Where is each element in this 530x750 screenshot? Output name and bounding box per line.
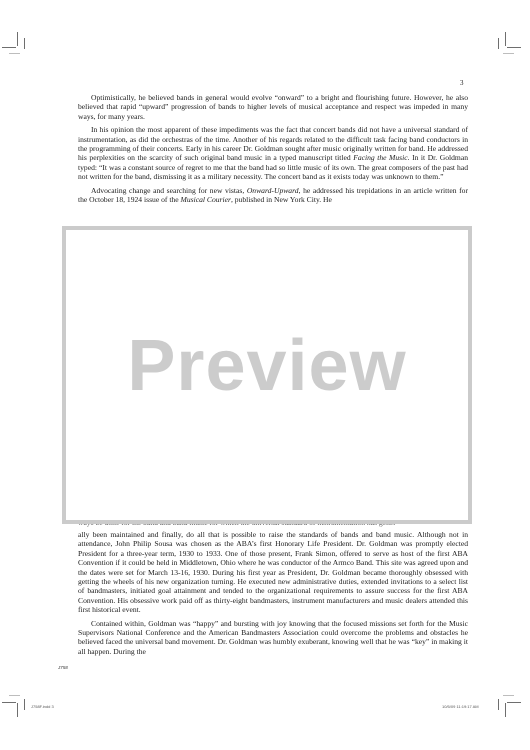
onward-upward-title: Onward-Upward xyxy=(247,186,299,195)
crop-mark-bottom-left-h xyxy=(2,702,16,703)
crop-mark-bottom-right-v2 xyxy=(498,699,499,710)
crop-mark-top-right-v2 xyxy=(498,38,499,49)
crop-mark-bottom-right-h xyxy=(507,702,521,703)
slug-file-name: J758F.indd 3 xyxy=(31,704,54,709)
footer-catalog-code: J758 xyxy=(58,665,68,670)
crop-mark-bottom-left-v xyxy=(17,703,18,717)
crop-mark-top-left-h2 xyxy=(9,53,20,54)
paragraph-3-text: Advocating change and searching for new … xyxy=(91,186,244,195)
preview-watermark-label: Preview xyxy=(66,325,468,407)
body-text: Optimistically, he believed bands in gen… xyxy=(78,93,468,208)
crop-mark-bottom-right-h2 xyxy=(503,695,514,696)
crop-mark-bottom-right-v xyxy=(505,703,506,717)
crop-mark-top-right-h2 xyxy=(503,53,514,54)
musical-courier-title: Musical Courier xyxy=(181,195,231,204)
lower-body-text: ways be done for the band and band music… xyxy=(78,522,468,660)
preview-watermark-box: Preview xyxy=(62,226,472,524)
paragraph-2: In his opinion the most apparent of thes… xyxy=(78,125,468,181)
crop-mark-bottom-left-v2 xyxy=(24,699,25,710)
paragraph-1: Optimistically, he believed bands in gen… xyxy=(78,93,468,121)
crop-mark-top-right-v xyxy=(505,32,506,46)
slug-timestamp: 10/5/09 11:19:17 AM xyxy=(442,704,479,709)
page-number: 3 xyxy=(460,79,464,87)
paragraph-3-text-3: , published in New York City. He xyxy=(231,195,332,204)
paragraph-3: Advocating change and searching for new … xyxy=(78,186,468,205)
crop-mark-bottom-left-h2 xyxy=(9,695,20,696)
crop-mark-top-left-v xyxy=(17,32,18,46)
manuscript-title: Facing the Music xyxy=(353,153,407,162)
crop-mark-top-left-v2 xyxy=(24,38,25,49)
paragraph-4: ally been maintained and finally, do all… xyxy=(78,530,468,615)
paragraph-5: Contained within, Goldman was “happy” an… xyxy=(78,619,468,657)
crop-mark-top-right-h xyxy=(507,47,521,48)
crop-mark-top-left-h xyxy=(2,47,16,48)
